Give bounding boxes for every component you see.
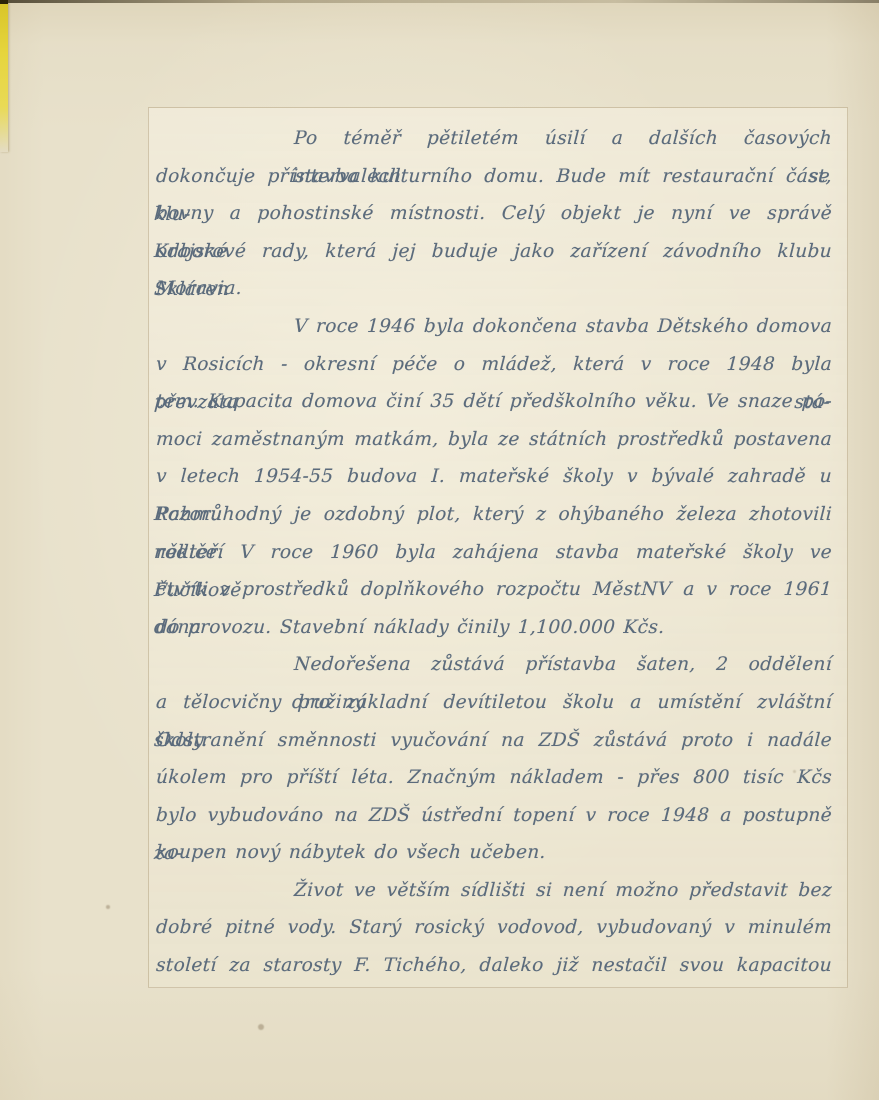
- chronicle-sheet: Po téměř pětiletém úsilí a dalších časov…: [148, 107, 848, 988]
- dust-speck: [106, 905, 110, 909]
- handwritten-line: Moravia.: [155, 270, 833, 308]
- handwritten-line: Po téměř pětiletém úsilí a dalších časov…: [155, 120, 833, 158]
- handwritten-line: čtvrti z prostředků doplňkového rozpočtu…: [155, 571, 833, 609]
- handwritten-line: V roce 1946 byla dokončena stavba Dětské…: [155, 308, 833, 346]
- handwritten-line: v Rosicích - okresní péče o mládež, kter…: [155, 346, 833, 384]
- dust-speck: [793, 770, 796, 773]
- handwritten-line: koupen nový nábytek do všech učeben.: [155, 834, 833, 872]
- handwritten-line: odborové rady, která jej buduje jako zař…: [155, 233, 833, 271]
- handwritten-line: v letech 1954-55 budova I. mateřské škol…: [155, 458, 833, 496]
- scan-top-edge: [0, 0, 879, 3]
- handwritten-line: moci zaměstnaným matkám, byla ze státníc…: [155, 421, 833, 459]
- handwritten-line: století za starosty F. Tichého, daleko j…: [155, 947, 833, 985]
- handwritten-line: dokončuje přístavba kulturního domu. Bud…: [155, 158, 833, 196]
- dust-speck: [258, 1024, 264, 1030]
- handwritten-text-block: Po téměř pětiletém úsilí a dalších časov…: [155, 120, 831, 985]
- handwritten-line: rodiče. V roce 1960 byla zahájena stavba…: [155, 534, 833, 572]
- handwritten-line: úkolem pro příští léta. Značným nákladem…: [155, 759, 833, 797]
- yellow-cover-edge: [0, 0, 8, 152]
- handwritten-line: Odstranění směnnosti vyučování na ZDŠ zů…: [155, 722, 833, 760]
- handwritten-line: tem. Kapacita domova činí 35 dětí předšk…: [155, 383, 833, 421]
- handwritten-line: bylo vybudováno na ZDŠ ústřední topení v…: [155, 797, 833, 835]
- handwritten-line: do provozu. Stavební náklady činily 1,10…: [155, 609, 833, 647]
- handwritten-line: bovny a pohostinské místnosti. Celý obje…: [155, 195, 833, 233]
- scanned-chronicle-page: { "page": { "kind": "scanned handwritten…: [0, 0, 879, 1100]
- handwritten-line: a tělocvičny pro základní devítiletou šk…: [155, 684, 833, 722]
- handwritten-line: dobré pitné vody. Starý rosický vodovod,…: [155, 909, 833, 947]
- handwritten-line: Nedořešena zůstává přístavba šaten, 2 od…: [155, 646, 833, 684]
- handwritten-line: Život ve větším sídlišti si není možno p…: [155, 872, 833, 910]
- handwritten-line: Pozoruhodný je ozdobný plot, který z ohý…: [155, 496, 833, 534]
